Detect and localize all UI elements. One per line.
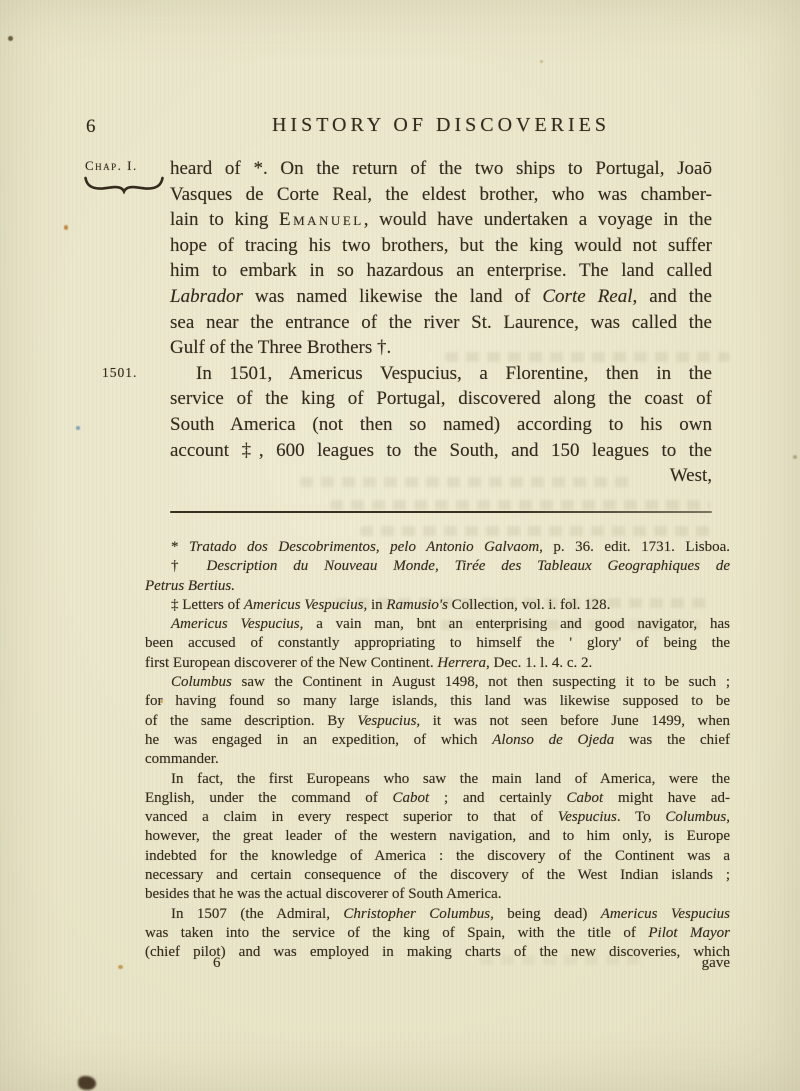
text-line: † Description du Nouveau Monde, Tirée de… (145, 557, 730, 576)
text-line: South America (not then so named) accord… (170, 412, 712, 438)
text-line: hope of tracing his two brothers, but th… (170, 233, 712, 259)
bleed-through (360, 526, 710, 536)
foxing-speck (793, 455, 797, 459)
text-line: indebted for the knowledge of America : … (145, 847, 730, 866)
book-page: 6 HISTORY OF DISCOVERIES Chap. I. 1501. … (0, 0, 800, 1091)
signature-mark: 6 (213, 955, 221, 972)
text-line: was taken into the service of the king o… (145, 924, 730, 943)
text-line: vanced a claim in every respect superior… (145, 808, 730, 827)
text-line: In fact, the first Europeans who saw the… (145, 770, 730, 789)
text-line: necessary and certain consequence of the… (145, 866, 730, 885)
text-line: however, the great leader of the western… (145, 827, 730, 846)
bottom-row: 6 gave (145, 955, 730, 972)
foxing-speck (118, 965, 123, 969)
text-line: * Tratado dos Descobrimentos, pelo Anton… (145, 538, 730, 557)
text-line: been accused of constantly appropriating… (145, 634, 730, 653)
running-title: HISTORY OF DISCOVERIES (170, 114, 712, 137)
foxing-speck (540, 60, 543, 63)
text-line: Columbus saw the Continent in August 149… (145, 673, 730, 692)
footnotes: * Tratado dos Descobrimentos, pelo Anton… (145, 538, 730, 963)
text-line: first European discoverer of the New Con… (145, 654, 730, 673)
text-line: In 1507 (the Admiral, Christopher Columb… (145, 905, 730, 924)
body-text: heard of *. On the return of the two shi… (170, 156, 712, 489)
text-line: Vasques de Corte Real, the eldest brothe… (170, 182, 712, 208)
text-line: Labrador was named likewise the land of … (170, 284, 712, 310)
foxing-speck (64, 225, 68, 230)
brace-icon (83, 175, 165, 194)
text-line: for having found so many large islands, … (145, 692, 730, 711)
bleed-through (330, 500, 710, 510)
text-line: he was engaged in an expedition, of whic… (145, 731, 730, 750)
foxing-speck (8, 36, 13, 41)
text-line: heard of *. On the return of the two shi… (170, 156, 712, 182)
text-line: of the same description. By Vespucius, i… (145, 712, 730, 731)
chapter-margin-note: Chap. I. (85, 158, 138, 174)
footnote-separator (170, 511, 712, 513)
text-line: West, (170, 463, 712, 489)
text-line: sea near the entrance of the river St. L… (170, 310, 712, 336)
text-line: English, under the command of Cabot ; an… (145, 789, 730, 808)
text-line: Gulf of the Three Brothers †. (170, 335, 712, 361)
year-margin-note: 1501. (102, 365, 137, 381)
text-line: Americus Vespucius, a vain man, bnt an e… (145, 615, 730, 634)
foxing-speck (76, 426, 80, 430)
text-line: Petrus Bertius. (145, 577, 730, 596)
catchword: gave (702, 955, 730, 972)
text-line: besides that he was the actual discovere… (145, 885, 730, 904)
page-number: 6 (86, 116, 96, 138)
text-line: account ‡, 600 leagues to the South, and… (170, 438, 712, 464)
foxing-speck (78, 1076, 96, 1090)
text-line: commander. (145, 750, 730, 769)
text-line: In 1501, Americus Vespucius, a Florentin… (170, 361, 712, 387)
text-line: him to embark in so hazardous an enterpr… (170, 258, 712, 284)
text-line: service of the king of Portugal, discove… (170, 386, 712, 412)
text-line: ‡ Letters of Americus Vespucius, in Ramu… (145, 596, 730, 615)
text-line: lain to king Emanuel, would have underta… (170, 207, 712, 233)
